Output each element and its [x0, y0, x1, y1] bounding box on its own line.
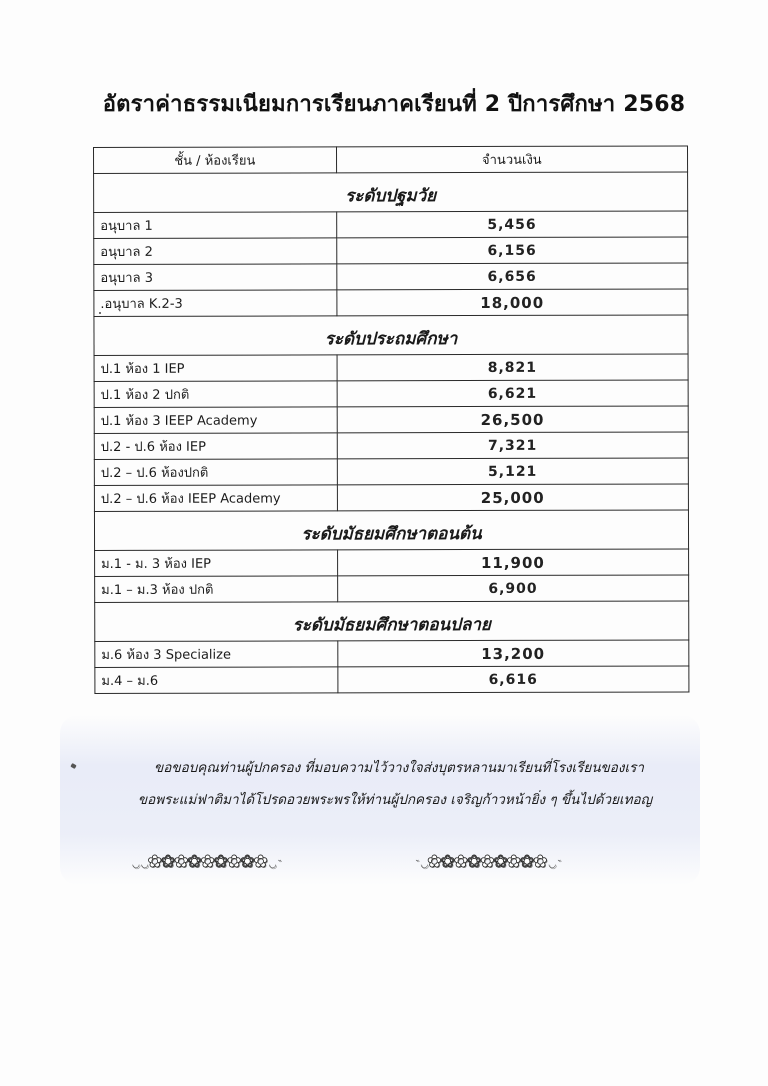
fee-amount-cell: 26,500	[337, 406, 688, 433]
fee-amount-cell: 25,000	[337, 484, 688, 511]
class-name-cell: อนุบาล 2	[94, 238, 337, 265]
section-header-row: ระดับมัธยมศึกษาตอนปลาย	[95, 601, 689, 642]
class-name-cell: ป.1 ห้อง 3 IEEP Academy	[94, 407, 337, 434]
document-page: อัตราค่าธรรมเนียมการเรียนภาคเรียนที่ 2 ป…	[0, 0, 768, 1086]
table-row: ป.2 – ป.6 ห้อง IEEP Academy25,000	[94, 484, 688, 512]
tuition-fee-table: ชั้น / ห้องเรียน จำนวนเงิน ระดับปฐมวัยอน…	[93, 145, 689, 694]
scan-speck	[99, 312, 101, 314]
table-row: ม.1 - ม. 3 ห้อง IEP11,900	[95, 549, 689, 577]
class-name-cell: ม.6 ห้อง 3 Specialize	[95, 641, 338, 668]
section-title: ระดับมัธยมศึกษาตอนต้น	[94, 510, 688, 551]
table-row: ป.1 ห้อง 1 IEP8,821	[94, 354, 688, 382]
table-row: ป.1 ห้อง 3 IEEP Academy26,500	[94, 406, 688, 434]
column-header-amount: จำนวนเงิน	[336, 146, 687, 173]
fee-amount-cell: 6,621	[337, 380, 688, 407]
fee-amount-cell: 11,900	[337, 549, 688, 576]
section-header-row: ระดับปฐมวัย	[94, 172, 688, 213]
class-name-cell: ป.1 ห้อง 1 IEP	[94, 355, 337, 382]
table-row: อนุบาล 26,156	[94, 237, 688, 265]
section-title: ระดับประถมศึกษา	[94, 315, 688, 356]
section-title: ระดับปฐมวัย	[94, 172, 688, 213]
class-name-cell: ป.2 - ป.6 ห้อง IEP	[94, 433, 337, 460]
section-title: ระดับมัธยมศึกษาตอนปลาย	[95, 601, 689, 642]
class-name-cell: ป.2 – ป.6 ห้อง IEEP Academy	[94, 485, 337, 512]
class-name-cell: ป.1 ห้อง 2 ปกติ	[94, 381, 337, 408]
table-body: ระดับปฐมวัยอนุบาล 15,456อนุบาล 26,156อนุ…	[94, 172, 689, 694]
fee-amount-cell: 6,616	[337, 666, 688, 693]
fee-amount-cell: 18,000	[336, 289, 687, 316]
column-header-class: ชั้น / ห้องเรียน	[94, 147, 337, 174]
table-row: ป.1 ห้อง 2 ปกติ6,621	[94, 380, 688, 408]
fee-amount-cell: 8,821	[337, 354, 688, 381]
class-name-cell: ม.1 – ม.3 ห้อง ปกติ	[95, 576, 338, 603]
table-row: อนุบาล 36,656	[94, 263, 688, 291]
thank-you-line-2: ขอพระแม่ฟาติมาได้โปรดอวยพระพรให้ท่านผู้ป…	[0, 788, 768, 810]
fee-amount-cell: 5,121	[337, 458, 688, 485]
fee-amount-cell: 6,656	[336, 263, 687, 290]
page-title: อัตราค่าธรรมเนียมการเรียนภาคเรียนที่ 2 ป…	[0, 86, 768, 121]
table-header-row: ชั้น / ห้องเรียน จำนวนเงิน	[94, 146, 688, 174]
fee-amount-cell: 6,900	[337, 575, 688, 602]
class-name-cell: ม.4 – ม.6	[95, 667, 338, 694]
table-row: ป.2 – ป.6 ห้องปกติ5,121	[94, 458, 688, 486]
class-name-cell: .อนุบาล K.2-3	[94, 290, 337, 317]
class-name-cell: ม.1 - ม. 3 ห้อง IEP	[95, 550, 338, 577]
fee-amount-cell: 5,456	[336, 211, 687, 238]
table-row: ม.1 – ม.3 ห้อง ปกติ6,900	[95, 575, 689, 603]
class-name-cell: อนุบาล 3	[94, 264, 337, 291]
thank-you-line-1: ขอขอบคุณท่านผู้ปกครอง ที่มอบความไว้วางใจ…	[0, 756, 768, 778]
table-row: .อนุบาล K.2-318,000	[94, 289, 688, 317]
class-name-cell: อนุบาล 1	[94, 212, 337, 239]
flower-border-icon: ˘ ◡✿❀✿❀✿❀✿❀✿ ◡ ˘	[415, 852, 561, 872]
table-row: ม.6 ห้อง 3 Specialize13,200	[95, 640, 689, 668]
section-header-row: ระดับมัธยมศึกษาตอนต้น	[94, 510, 688, 551]
section-header-row: ระดับประถมศึกษา	[94, 315, 688, 356]
fee-amount-cell: 13,200	[337, 640, 688, 667]
fee-amount-cell: 6,156	[336, 237, 687, 264]
table-row: ม.4 – ม.66,616	[95, 666, 689, 694]
fee-amount-cell: 7,321	[337, 432, 688, 459]
table-row: ป.2 - ป.6 ห้อง IEP7,321	[94, 432, 688, 460]
table-row: อนุบาล 15,456	[94, 211, 688, 239]
class-name-cell: ป.2 – ป.6 ห้องปกติ	[94, 459, 337, 486]
flower-border-icon: ◡ ◡✿❀✿❀✿❀✿❀✿ ◡ ˘	[132, 852, 281, 872]
